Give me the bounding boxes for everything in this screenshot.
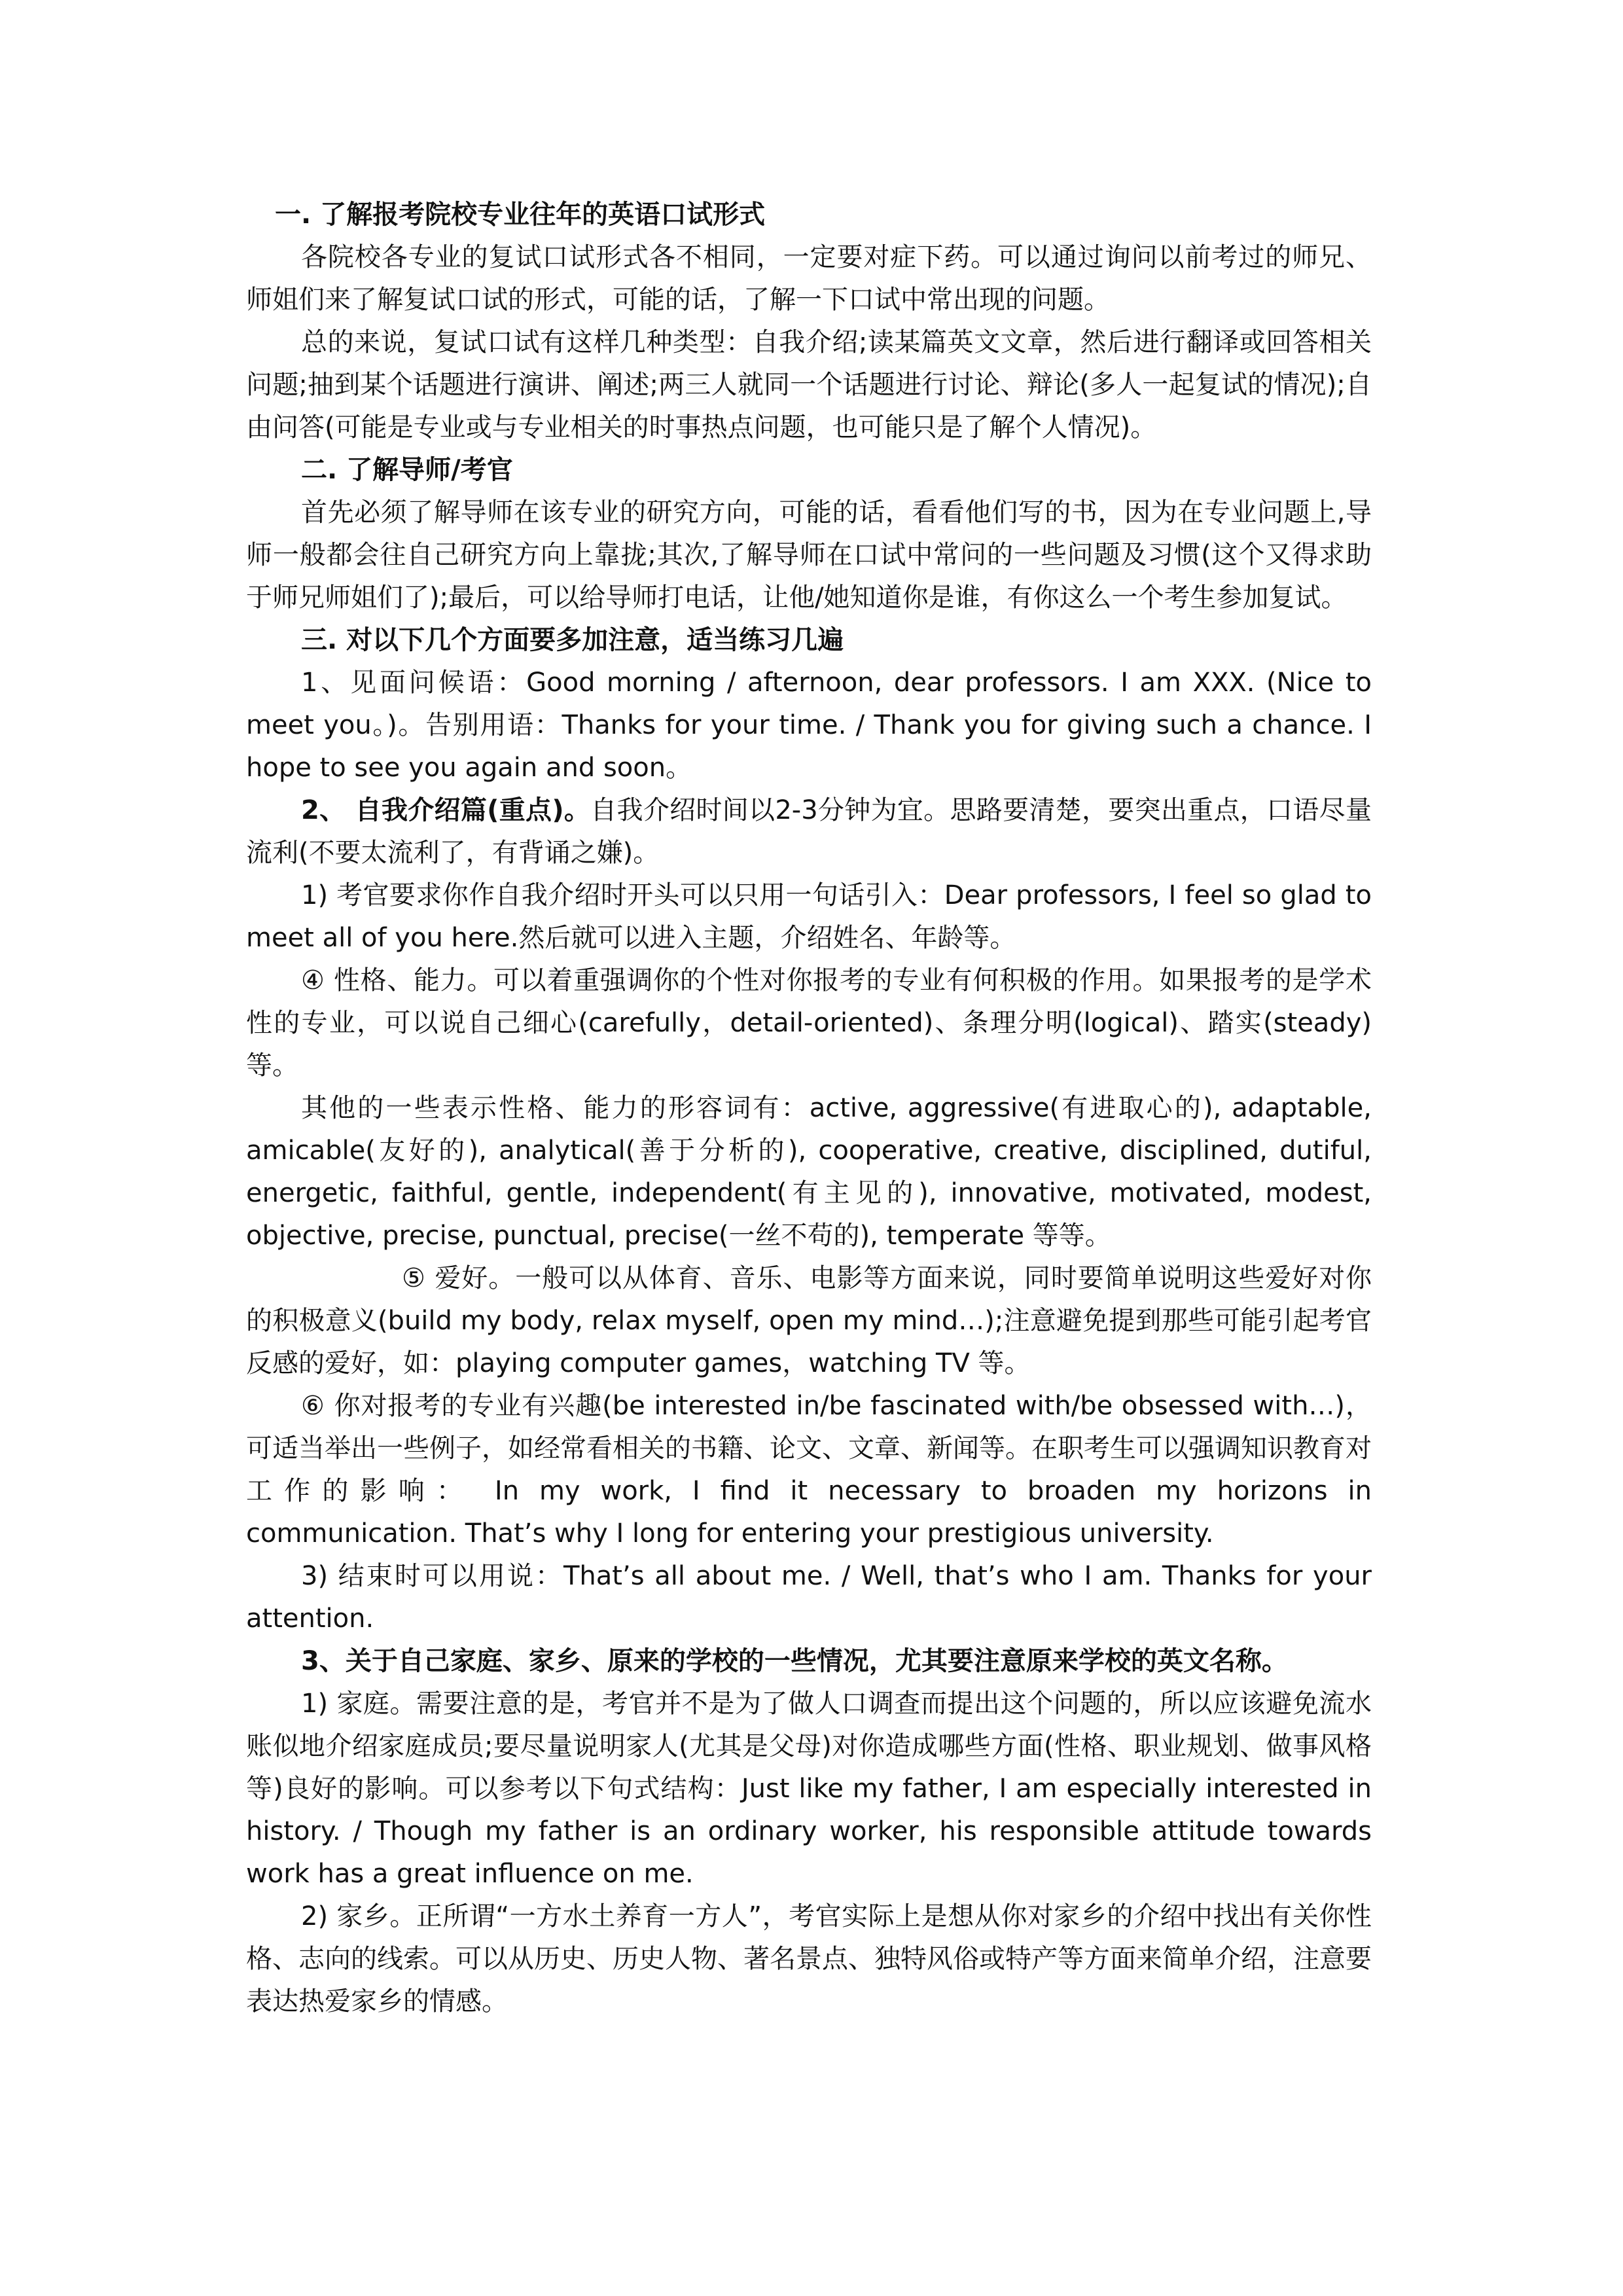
section-1-paragraph: 总的来说，复试口试有这样几种类型：自我介绍;读某篇英文文章，然后进行翻译或回答相… (246, 321, 1372, 449)
section-1-heading: 一. 了解报考院校专业往年的英语口试形式 (246, 194, 1372, 236)
section-2-heading: 二. 了解导师/考官 (246, 449, 1372, 492)
section-3-heading: 三. 对以下几个方面要多加注意，适当练习几遍 (246, 619, 1372, 662)
self-intro-interest: ⑥ 你对报考的专业有兴趣(be interested in/be fascina… (246, 1385, 1372, 1555)
self-intro-opening: 1) 考官要求你作自我介绍时开头可以只用一句话引入：Dear professor… (246, 874, 1372, 960)
self-intro-personality: ④ 性格、能力。可以着重强调你的个性对你报考的专业有何积极的作用。如果报考的是学… (246, 960, 1372, 1087)
document-page: 一. 了解报考院校专业往年的英语口试形式 各院校各专业的复试口试形式各不相同，一… (246, 194, 1372, 2023)
family-paragraph: 1) 家庭。需要注意的是，考官并不是为了做人口调查而提出这个问题的，所以应该避免… (246, 1683, 1372, 1895)
self-intro-heading: 2、 自我介绍篇(重点)。 (301, 795, 590, 825)
self-intro-hobbies: ⑤ 爱好。一般可以从体育、音乐、电影等方面来说，同时要简单说明这些爱好对你的积极… (246, 1257, 1372, 1385)
family-hometown-heading: 3、关于自己家庭、家乡、原来的学校的一些情况，尤其要注意原来学校的英文名称。 (246, 1640, 1372, 1683)
greeting-item: 1、见面问候语：Good morning / afternoon, dear p… (246, 662, 1372, 789)
section-2-paragraph: 首先必须了解导师在该专业的研究方向，可能的话，看看他们写的书，因为在专业问题上,… (246, 492, 1372, 619)
self-intro-item: 2、 自我介绍篇(重点)。自我介绍时间以2-3分钟为宜。思路要清楚，要突出重点，… (246, 789, 1372, 874)
self-intro-adjectives: 其他的一些表示性格、能力的形容词有：active, aggressive(有进取… (246, 1087, 1372, 1257)
section-1-paragraph: 各院校各专业的复试口试形式各不相同，一定要对症下药。可以通过询问以前考过的师兄、… (246, 236, 1372, 321)
hometown-paragraph: 2) 家乡。正所谓“一方水土养育一方人”，考官实际上是想从你对家乡的介绍中找出有… (246, 1895, 1372, 2023)
self-intro-closing: 3) 结束时可以用说：That’s all about me. / Well, … (246, 1555, 1372, 1640)
